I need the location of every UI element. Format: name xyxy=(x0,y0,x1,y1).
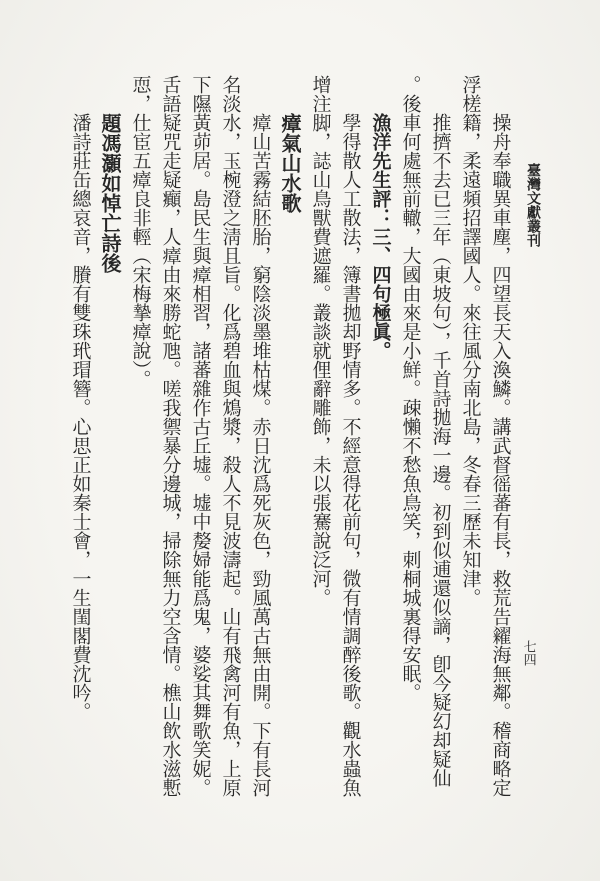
document-page: 臺灣文獻叢刊 七四 操舟奉職異車塵，四望長天入渙鱗。講武督徭蕃有長，救荒告糴海無… xyxy=(0,0,600,881)
poem-text-column: 恧，仕宦五瘴良非輕（宋梅摯瘴說）。 xyxy=(131,75,150,389)
poem-text-column: 舌語疑咒走疑癲，人瘴由來勝蛇虺。嗟我禦暴分邊城，掃除無力空含情。樵山飲水滋慙 xyxy=(161,75,180,797)
poem-text-column: 推擠不去已三年（東坡句），千首詩拋海一邊。初到似逋還似謫，卽今疑幻却疑仙 xyxy=(431,113,450,788)
poem-text-column: 浮槎籍，柔遠頻招譯國人。來往風分南北島，冬春三歷未知津。 xyxy=(461,75,480,607)
poem-text-column: 名淡水，玉椀澄之淸且旨。化爲碧血與鴆漿，殺人不見波濤起。山有飛禽河有魚，上原 xyxy=(221,75,240,797)
poem-text-column: 潘詩莊缶總哀音，賸有雙珠玳瑁簪。心思正如秦士會，一生閨閣費沈吟。 xyxy=(71,113,90,721)
running-title: 臺灣文獻叢刊 xyxy=(526,163,540,247)
poem-text-column: 操舟奉職異車塵，四望長天入渙鱗。講武督徭蕃有長，救荒告糴海無鄰。稽商略定 xyxy=(491,113,510,797)
poem-text-column: 下隰黃茆居。島民生與瘴相習，諸蕃雜作古丘墟。墟中嫠婦能爲鬼，婆娑其舞歌笑妮。 xyxy=(191,75,210,797)
poem-text-column: 。後車何處無前轍，大國由來是小鮮。疎懶不愁魚鳥笑，刺桐城裏得安眠。 xyxy=(401,75,420,702)
poem-title-column: 瘴氣山水歌 xyxy=(280,113,300,213)
critic-comment-column: 漁洋先生評：三、四句極眞。 xyxy=(371,113,390,360)
page-number: 七四 xyxy=(521,640,535,666)
poem-title-column: 題馮灝如悼亡詩後 xyxy=(100,113,120,273)
poem-text-column: 增注脚，誌山鳥獸費遮羅。叢談就俚辭雕飾，未以張騫說泛河。 xyxy=(311,75,330,607)
poem-text-column: 學得散人工散法，簿書拋却野情多。不經意得花前句，微有情調醉後歌。觀水蟲魚 xyxy=(341,113,360,797)
poem-text-column: 瘴山苦霧結胚胎，窮陰淡墨堆枯煤。赤日沈爲死灰色，勁風萬古無由開。下有長河 xyxy=(251,113,270,797)
